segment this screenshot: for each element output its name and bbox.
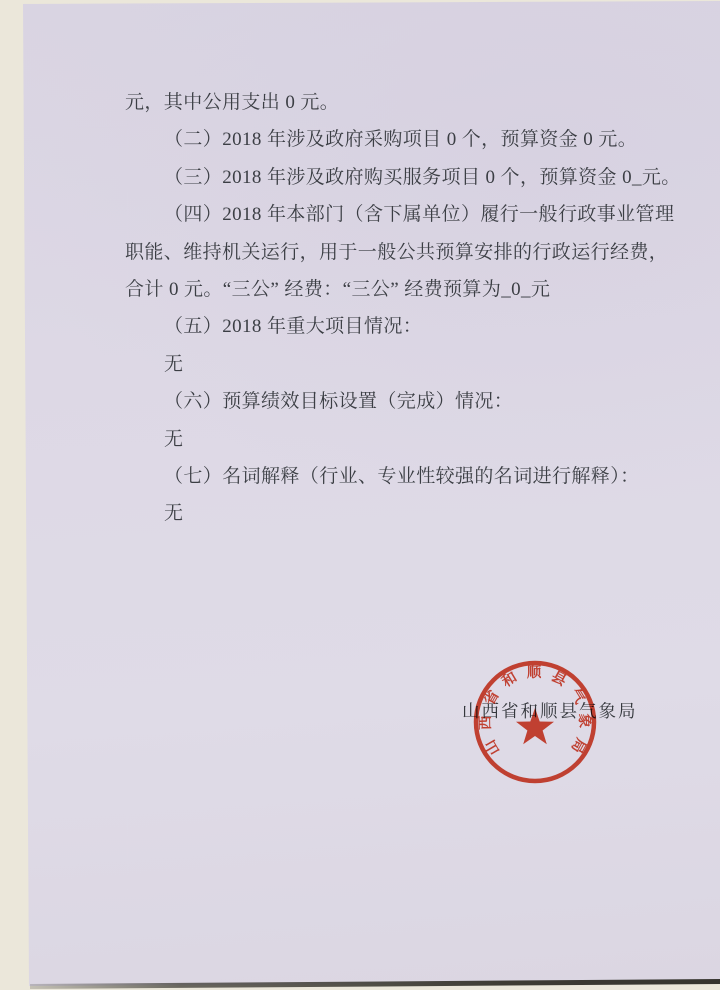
text-line: （四）2018 年本部门（含下属单位）履行一般行政事业管理 <box>125 196 685 233</box>
text-line-content: （三）2018 年涉及政府购买服务项目 0 个，预算资金 0_元。 <box>164 167 681 188</box>
text-line: （二）2018 年涉及政府采购项目 0 个，预算资金 0 元。 <box>125 121 685 158</box>
text-line-content: 合计 0 元。“三公” 经费：“三公” 经费预算为_0_元 <box>125 279 550 300</box>
text-line-content: （五）2018 年重大项目情况： <box>164 316 422 337</box>
text-line: 合计 0 元。“三公” 经费：“三公” 经费预算为_0_元 <box>125 271 685 308</box>
text-line-content: （四）2018 年本部门（含下属单位）履行一般行政事业管理 <box>164 204 674 225</box>
text-line: 元，其中公用支出 0 元。 <box>125 84 685 121</box>
document-body: 元，其中公用支出 0 元。 （二）2018 年涉及政府采购项目 0 个，预算资金… <box>125 84 685 533</box>
text-line: （三）2018 年涉及政府购买服务项目 0 个，预算资金 0_元。 <box>125 159 685 196</box>
text-line: 无 <box>125 346 685 383</box>
text-line-content: （七）名词解释（行业、专业性较强的名词进行解释）： <box>164 466 640 487</box>
text-line-content: 职能、维持机关运行，用于一般公共预算安排的行政运行经费， <box>125 242 668 263</box>
text-line: 无 <box>125 495 685 532</box>
text-line: 无 <box>125 421 685 458</box>
text-line-content: 无 <box>164 429 183 450</box>
text-line: 职能、维持机关运行，用于一般公共预算安排的行政运行经费， <box>125 234 685 271</box>
text-line: （七）名词解释（行业、专业性较强的名词进行解释）： <box>125 458 685 495</box>
text-line-content: 元，其中公用支出 0 元。 <box>125 92 339 113</box>
official-seal: 山西省和顺县气象局 <box>460 647 610 797</box>
text-line-content: 无 <box>164 354 183 375</box>
scanned-page: 元，其中公用支出 0 元。 （二）2018 年涉及政府采购项目 0 个，预算资金… <box>0 0 720 990</box>
text-line-content: 无 <box>164 503 183 524</box>
text-line: （六）预算绩效目标设置（完成）情况： <box>125 383 685 420</box>
text-line-content: （二）2018 年涉及政府采购项目 0 个，预算资金 0 元。 <box>164 129 637 150</box>
text-line-content: （六）预算绩效目标设置（完成）情况： <box>164 391 513 412</box>
text-line: （五）2018 年重大项目情况： <box>125 308 685 345</box>
seal-star-icon <box>516 708 554 744</box>
